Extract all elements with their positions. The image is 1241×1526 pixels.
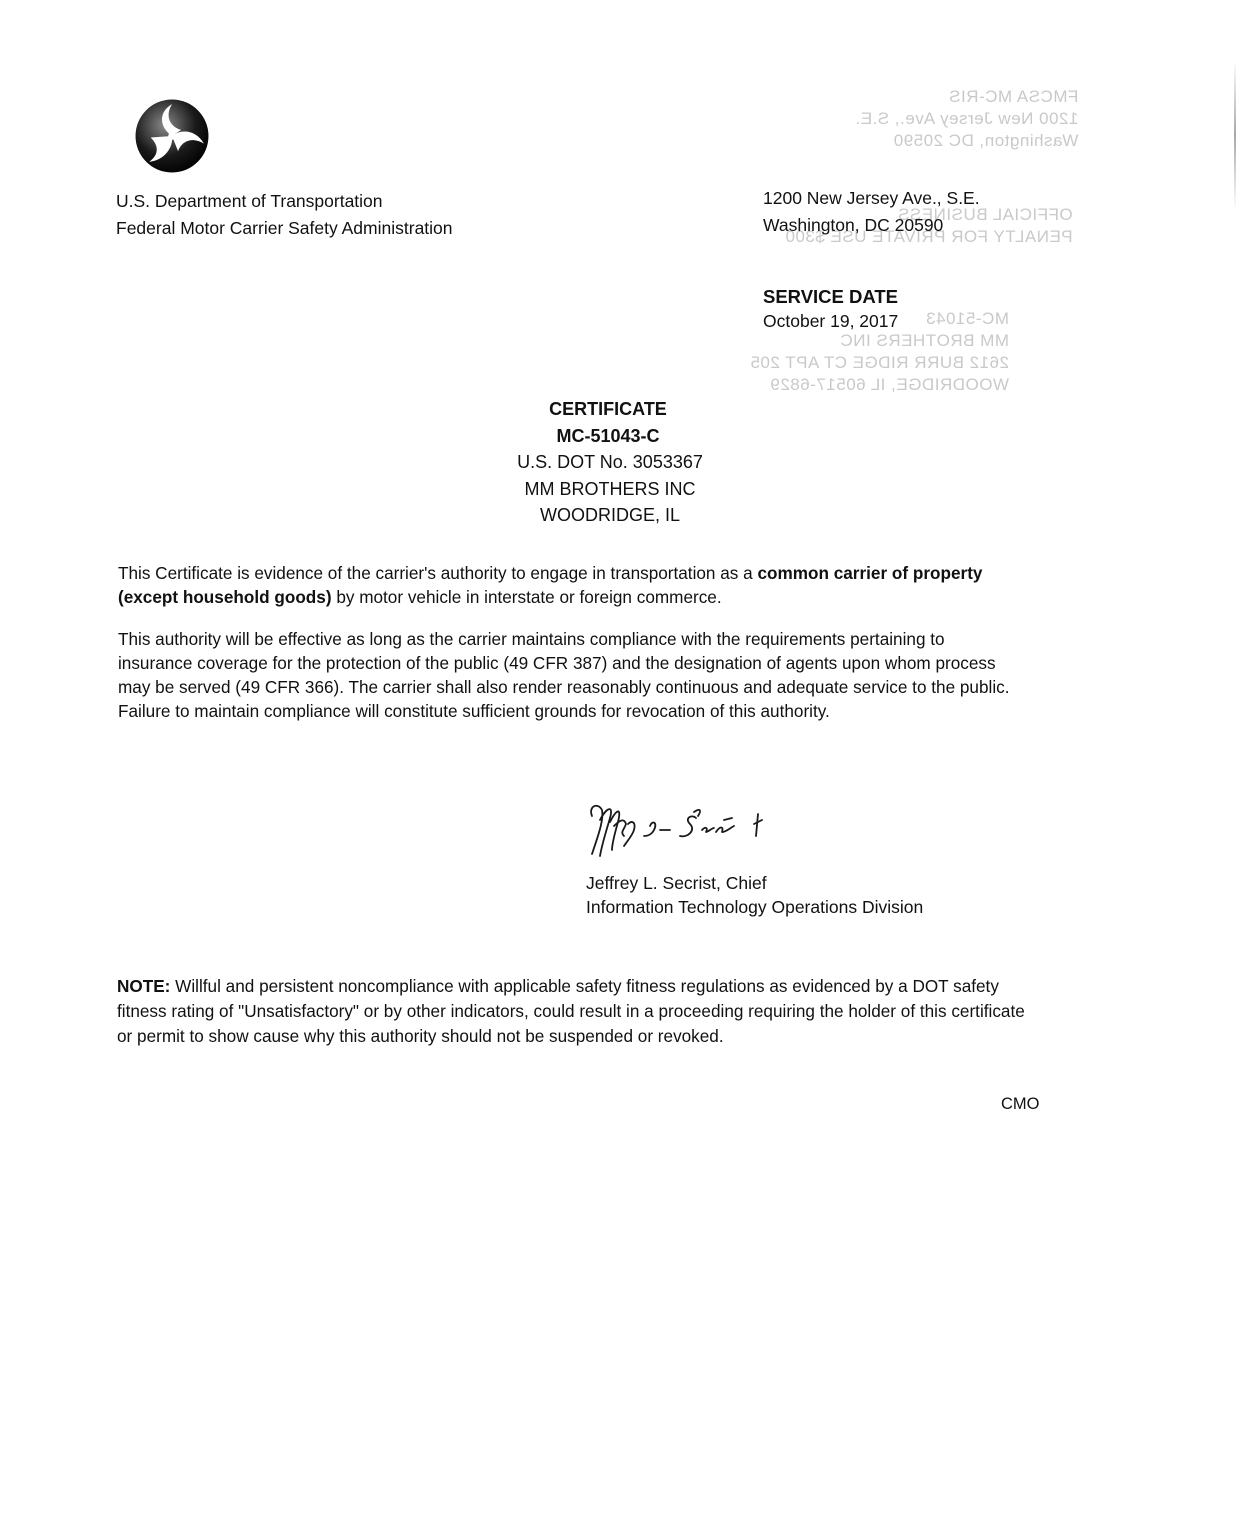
service-date-value: October 19, 2017: [763, 309, 898, 333]
carrier-name: MM BROTHERS INC: [440, 476, 780, 503]
note-paragraph: NOTE: Willful and persistent noncomplian…: [117, 974, 1034, 1049]
agency-administration: Federal Motor Carrier Safety Administrat…: [116, 215, 453, 242]
agency-block: U.S. Department of Transportation Federa…: [116, 188, 453, 242]
service-date-block: SERVICE DATE October 19, 2017: [763, 285, 898, 333]
scan-edge-artifact: [1234, 60, 1236, 210]
certificate-title: CERTIFICATE: [438, 396, 778, 423]
dot-logo-icon: [134, 98, 210, 174]
signer-name-title: Jeffrey L. Secrist, Chief: [586, 871, 923, 895]
compliance-paragraph: This authority will be effective as long…: [118, 627, 1011, 723]
note-text: Willful and persistent noncompliance wit…: [117, 976, 1025, 1046]
signer-division: Information Technology Operations Divisi…: [586, 895, 923, 919]
note-label: NOTE:: [117, 976, 170, 996]
agency-address: 1200 New Jersey Ave., S.E. Washington, D…: [763, 185, 980, 239]
address-city: Washington, DC 20590: [763, 212, 980, 239]
authority-text-post: by motor vehicle in interstate or foreig…: [332, 587, 722, 607]
certificate-number: MC-51043-C: [438, 423, 778, 450]
show-through-return-address: FMCSA MC-RIS 1200 New Jersey Ave., S.E. …: [855, 86, 1078, 152]
carrier-location: WOODRIDGE, IL: [440, 502, 780, 529]
address-street: 1200 New Jersey Ave., S.E.: [763, 185, 980, 212]
agency-department: U.S. Department of Transportation: [116, 188, 453, 215]
authority-paragraph: This Certificate is evidence of the carr…: [118, 561, 1011, 609]
dot-number: U.S. DOT No. 3053367: [440, 449, 780, 476]
certificate-header: CERTIFICATE MC-51043-C U.S. DOT No. 3053…: [440, 396, 780, 529]
authority-text-pre: This Certificate is evidence of the carr…: [118, 563, 757, 583]
signer-block: Jeffrey L. Secrist, Chief Information Te…: [586, 871, 923, 919]
service-date-label: SERVICE DATE: [763, 285, 898, 309]
signature-icon: [584, 796, 824, 866]
preparer-initials: CMO: [1001, 1095, 1040, 1114]
